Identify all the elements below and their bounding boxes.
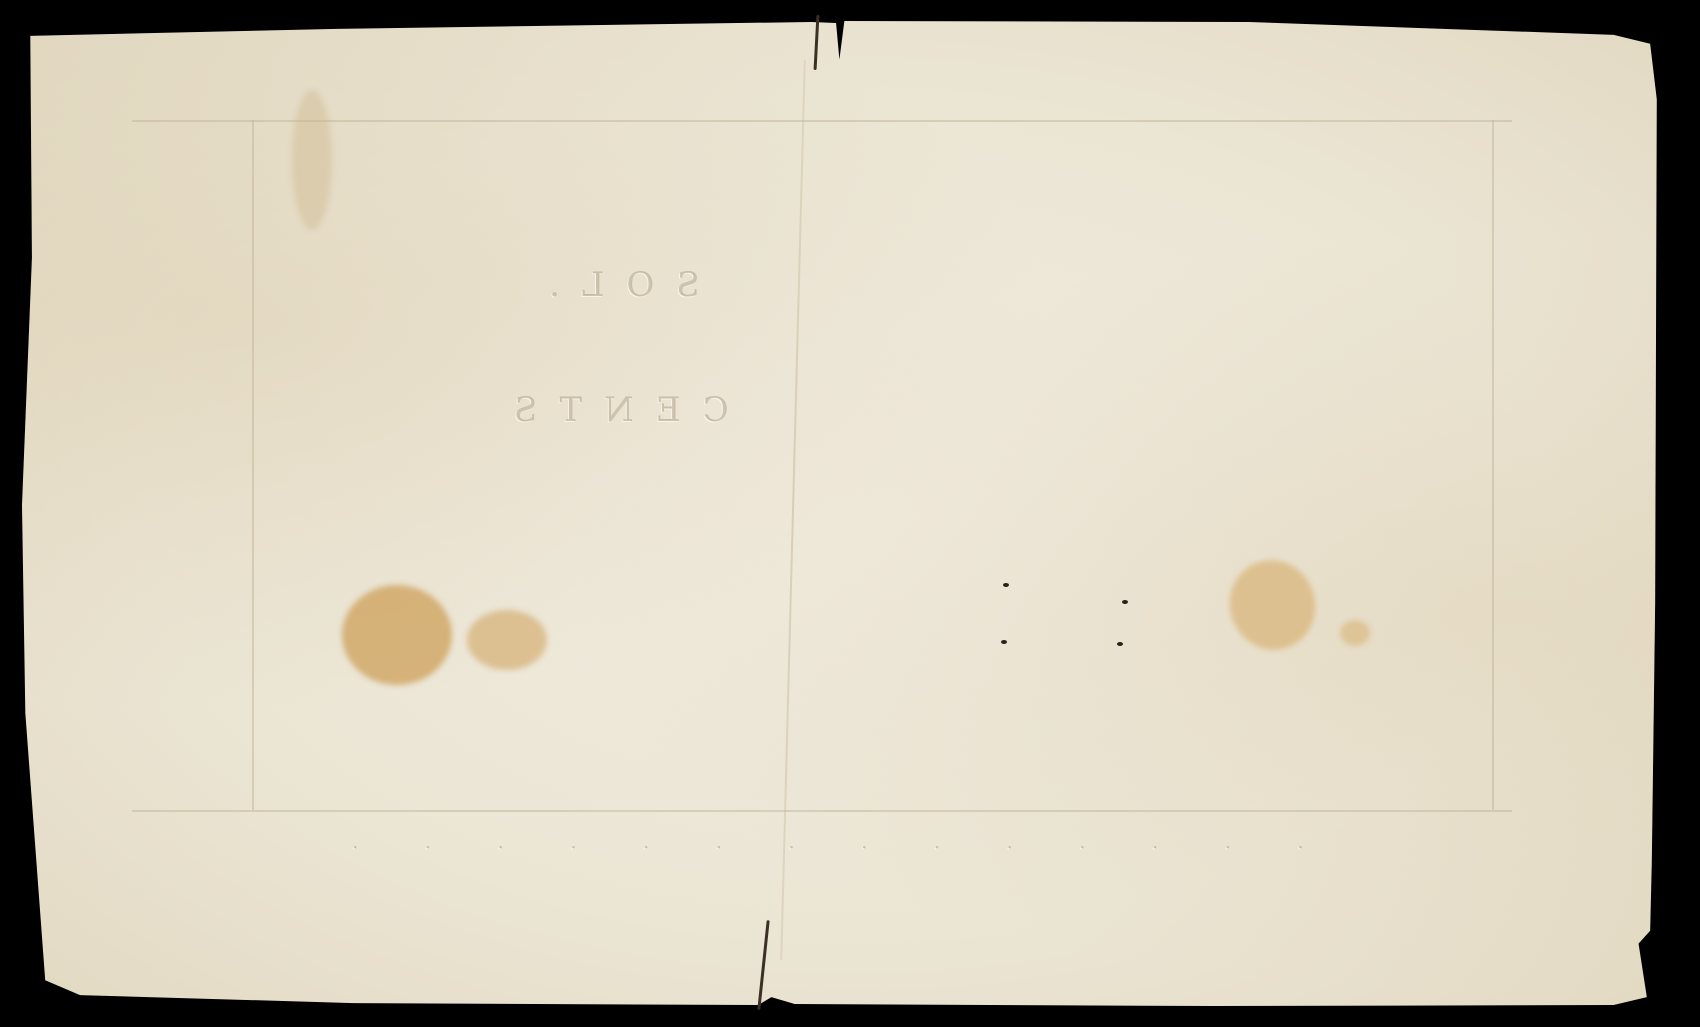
banknote-paper: SOL. CENTS · · · · · · · · · · · · · · <box>22 20 1680 1010</box>
frame-line-top <box>132 120 1512 122</box>
center-fold-line <box>780 60 806 960</box>
frame-line-left <box>252 120 254 810</box>
stain-left-large <box>342 585 452 685</box>
pinhole <box>1117 642 1123 646</box>
stain-top-left <box>292 90 332 230</box>
pinhole <box>1001 640 1007 644</box>
stain-left-small <box>467 610 547 670</box>
embossed-text-row-1: SOL. <box>527 265 700 305</box>
frame-line-bottom <box>132 810 1512 812</box>
stain-right-large <box>1217 548 1328 662</box>
stain-right-small <box>1340 620 1370 646</box>
embossed-text-row-3: · · · · · · · · · · · · · · <box>322 835 1304 859</box>
frame-line-right <box>1492 120 1494 810</box>
embossed-text-row-2: CENTS <box>492 390 729 430</box>
pinhole <box>1003 583 1009 587</box>
pinhole <box>1122 600 1128 604</box>
